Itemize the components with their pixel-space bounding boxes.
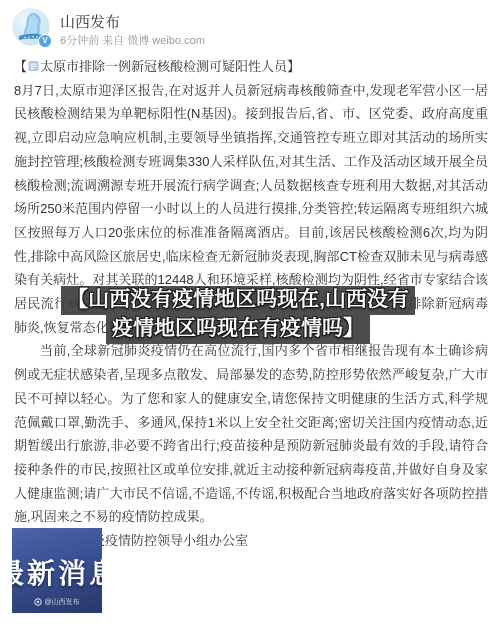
verified-badge-icon: V	[38, 34, 52, 48]
post-title: 【太原市排除一例新冠核酸检测可疑阳性人员】	[14, 55, 488, 79]
post-meta-timestamp: 6分钟前 来自 微博 weibo.com	[60, 32, 205, 48]
banner-credit: @山西发布	[12, 597, 102, 607]
post-content: 【太原市排除一例新冠核酸检测可疑阳性人员】 8月7日,太原市迎泽区报告,在对返并…	[0, 55, 500, 576]
attached-image-thumbnail[interactable]: 最新消息 @山西发布	[12, 528, 102, 613]
article-badge-icon	[28, 56, 39, 68]
banner-headline: 最新消息	[12, 552, 102, 592]
post-paragraph-2: 当前,全球新冠肺炎疫情仍在高位流行,国内多个省市相继报告现有本土确诊病例或无症状…	[14, 339, 488, 529]
account-name[interactable]: 山西发布	[60, 11, 120, 32]
weibo-post-page: V 山西发布 6分钟前 来自 微博 weibo.com 【太原市排除一例新冠核酸…	[0, 0, 500, 625]
weibo-logo-icon	[34, 598, 42, 606]
post-header: V 山西发布 6分钟前 来自 微博 weibo.com	[0, 0, 500, 55]
avatar[interactable]: V	[12, 8, 50, 46]
post-paragraph-1: 8月7日,太原市迎泽区报告,在对返并人员新冠病毒核酸筛查中,发现老军营小区一居民…	[14, 79, 488, 340]
banner-credit-text: @山西发布	[44, 597, 79, 607]
title-open-bracket: 【	[14, 59, 27, 74]
post-title-text: 太原市排除一例新冠核酸检测可疑阳性人员】	[40, 59, 300, 74]
